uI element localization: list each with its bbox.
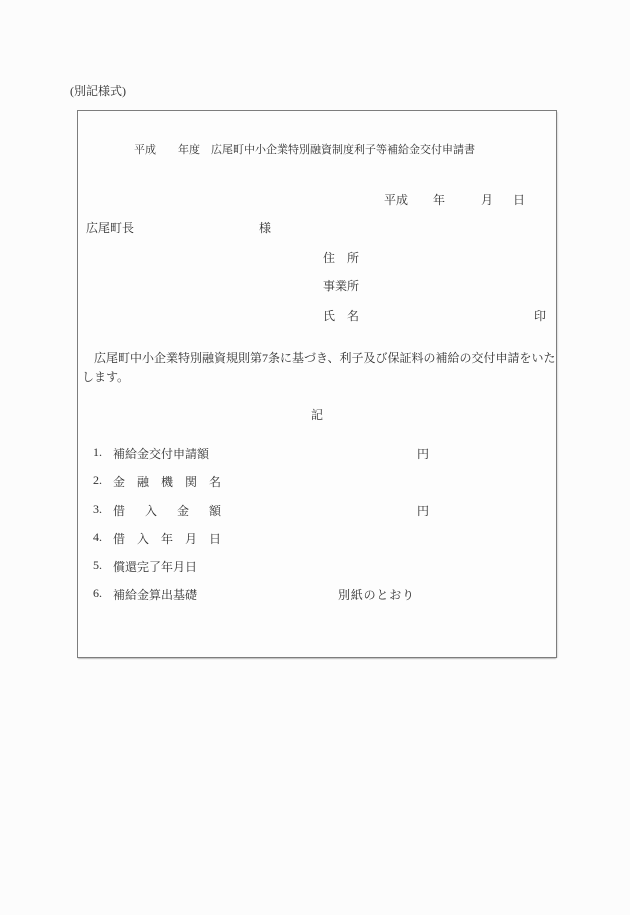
item-row-borrowed-amount: 3. 借 入 金 額 円 <box>78 502 556 519</box>
day-label: 日 <box>513 191 525 208</box>
item-label: 補給金算出基礎 <box>113 586 197 603</box>
seal-label: 印 <box>534 307 546 324</box>
item-label: 補給金交付申請額 <box>113 445 209 462</box>
address-label: 住 所 <box>323 249 359 266</box>
item-value-annex: 別紙のとおり <box>338 586 415 603</box>
addressee-name: 広尾町長 <box>86 219 134 236</box>
item-row-financial-institution: 2. 金 融 機 関 名 <box>78 473 556 490</box>
item-number: 1. <box>93 445 102 460</box>
honorific-label: 様 <box>259 219 271 236</box>
item-label: 借 入 年 月 日 <box>113 530 221 547</box>
form-border-box: 平成 年度 広尾町中小企業特別融資制度利子等補給金交付申請書 平成 年 月 日 … <box>77 110 557 658</box>
form-title: 平成 年度 広尾町中小企業特別融資制度利子等補給金交付申請書 <box>134 141 475 157</box>
item-row-subsidy-calculation-basis: 6. 補給金算出基礎 別紙のとおり <box>78 586 556 603</box>
item-label: 借 入 金 額 <box>113 502 221 519</box>
item-number: 2. <box>93 473 102 488</box>
name-label: 氏 名 <box>323 307 359 324</box>
item-row-application-amount: 1. 補給金交付申請額 円 <box>78 445 556 462</box>
item-value-yen: 円 <box>417 502 429 519</box>
body-paragraph: 広尾町中小企業特別融資規則第7条に基づき、利子及び保証料の補給の交付申請をいたし… <box>82 349 556 386</box>
document-page: (別記様式) 平成 年度 広尾町中小企業特別融資制度利子等補給金交付申請書 平成… <box>0 0 630 915</box>
month-label: 月 <box>481 191 493 208</box>
era-label: 平成 <box>384 191 408 208</box>
item-number: 3. <box>93 502 102 517</box>
item-row-repayment-complete-date: 5. 償還完了年月日 <box>78 558 556 575</box>
item-row-borrow-date: 4. 借 入 年 月 日 <box>78 530 556 547</box>
item-value-yen: 円 <box>417 445 429 462</box>
item-number: 4. <box>93 530 102 545</box>
form-style-note: (別記様式) <box>70 82 126 99</box>
item-number: 5. <box>93 558 102 573</box>
year-label: 年 <box>433 191 445 208</box>
item-number: 6. <box>93 586 102 601</box>
office-label: 事業所 <box>323 277 359 294</box>
section-marker-ki: 記 <box>78 406 556 423</box>
item-label: 金 融 機 関 名 <box>113 473 221 490</box>
item-label: 償還完了年月日 <box>113 558 197 575</box>
